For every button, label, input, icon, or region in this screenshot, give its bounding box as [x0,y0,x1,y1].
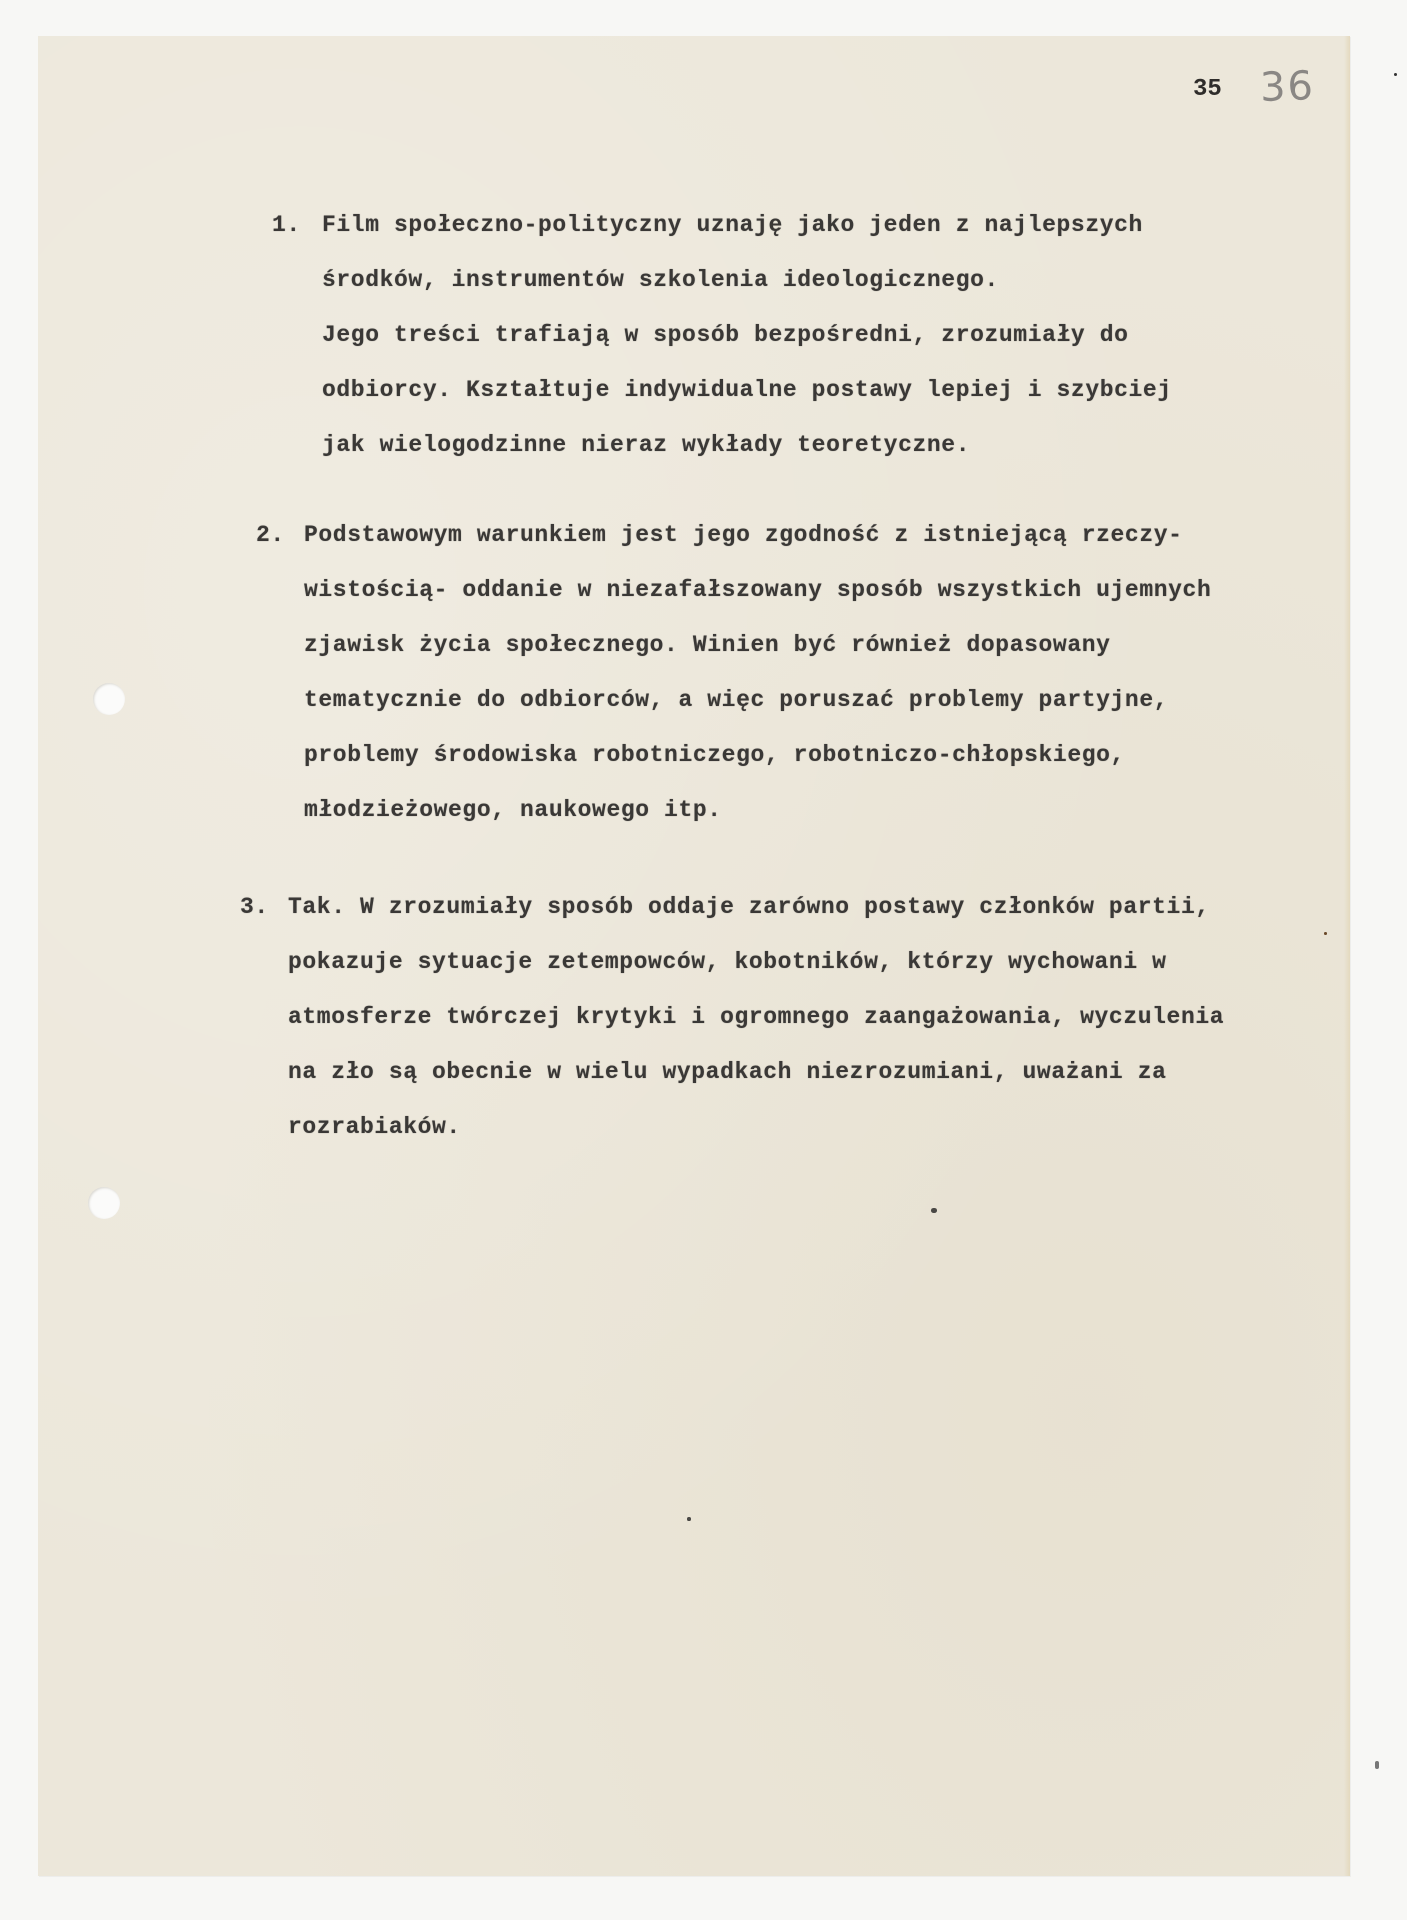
ink-speck [1324,932,1327,935]
paragraph-line: młodzieżowego, naukowego itp. [304,797,722,823]
paragraph-number: 1. [272,212,301,238]
punch-hole-icon [93,683,125,715]
scanner-dust [1375,1761,1379,1769]
page-edge [1344,36,1350,1876]
paragraph-line: rozrabiaków. [288,1114,461,1140]
typed-page-number: 35 [1193,76,1222,103]
paragraph-line: Tak. W zrozumiały sposób oddaje zarówno … [288,894,1210,920]
ink-speck [687,1517,691,1521]
paragraph-line: problemy środowiska robotniczego, robotn… [304,742,1125,768]
paragraph-line: Film społeczno-polityczny uznaję jako je… [322,212,1143,238]
paragraph-line: wistością- oddanie w niezafałszowany spo… [304,577,1211,603]
paragraph-line: odbiorcy. Kształtuje indywidualne postaw… [322,377,1172,403]
scanner-dust [1394,73,1397,76]
paragraph-line: Podstawowym warunkiem jest jego zgodność… [304,522,1183,548]
punch-hole-icon [88,1187,120,1219]
paragraph-line: zjawisk życia społecznego. Winien być ró… [304,632,1111,658]
paragraph-line: pokazuje sytuacje zetempowców, kobotnikó… [288,949,1167,975]
paragraph-number: 3. [240,894,269,920]
paragraph-number: 2. [256,522,285,548]
ink-speck [931,1208,937,1213]
paragraph-line: na zło są obecnie w wielu wypadkach niez… [288,1059,1167,1085]
document-page: 35 36 1. Film społeczno-polityczny uznaj… [38,36,1350,1876]
paragraph-line: Jego treści trafiają w sposób bezpośredn… [322,322,1129,348]
handwritten-page-number: 36 [1259,63,1315,111]
paragraph-line: środków, instrumentów szkolenia ideologi… [322,267,999,293]
paragraph-line: jak wielogodzinne nieraz wykłady teorety… [322,432,970,458]
paragraph-line: atmosferze twórczej krytyki i ogromnego … [288,1004,1224,1030]
paragraph-line: tematycznie do odbiorców, a więc porusza… [304,687,1168,713]
